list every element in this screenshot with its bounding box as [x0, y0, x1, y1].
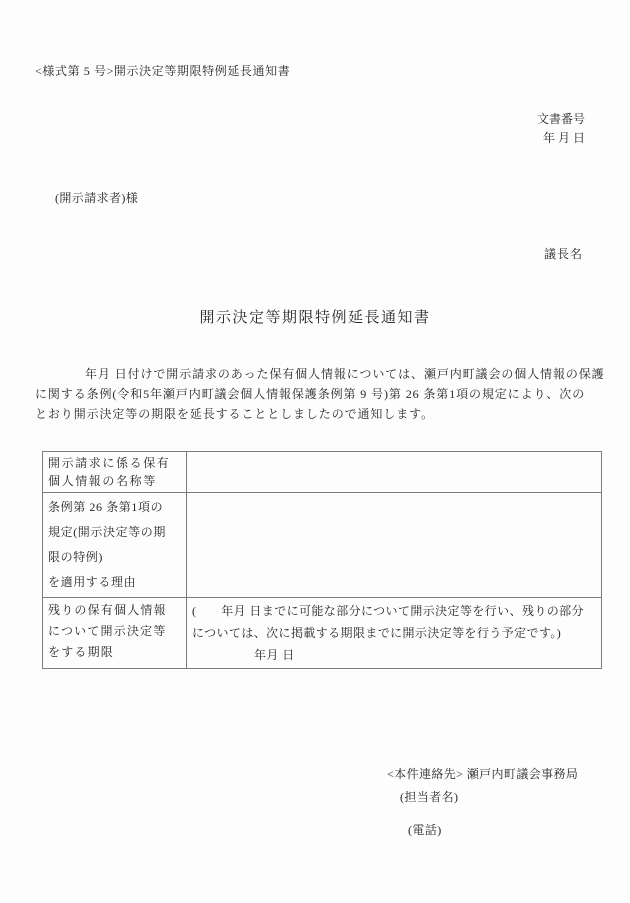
- row-value-line: については、次に掲載する期限までに開示決定等を行う予定です。): [192, 622, 596, 644]
- row-header-line: 残りの保有個人情報: [48, 600, 181, 621]
- row-header-line: 個人情報の名称等: [48, 472, 181, 490]
- row-header-line: 規定(開示決定等の期: [48, 520, 181, 545]
- row-header-cell: 残りの保有個人情報 について開示決定等 をする期限: [43, 598, 187, 669]
- body-line: 年月 日付けで開示請求のあった保有個人情報については、瀬戸内町議会の個人情報の保…: [35, 364, 600, 384]
- document-meta: 文書番号 年 月 日: [537, 110, 585, 148]
- document-date: 年 月 日: [537, 129, 585, 148]
- body-line: に関する条例(令和5年瀬戸内町議会個人情報保護条例第 9 号)第 26 条第1項…: [35, 384, 600, 404]
- body-line: とおり開示決定等の期限を延長することとしましたので通知します。: [35, 404, 600, 424]
- row-value-cell: [187, 493, 602, 598]
- signer-name: 議長名: [544, 245, 583, 262]
- row-header-line: をする期限: [48, 642, 181, 663]
- row-header-line: 開示請求に係る保有: [48, 454, 181, 472]
- row-header-line: について開示決定等: [48, 621, 181, 642]
- row-header-cell: 開示請求に係る保有 個人情報の名称等: [43, 452, 187, 493]
- row-header-line: 条例第 26 条第1項の: [48, 495, 181, 520]
- page-title: 開示決定等期限特例延長通知書: [0, 306, 630, 327]
- row-header-line: を適用する理由: [48, 570, 181, 595]
- row-value-line: 年月 日: [192, 644, 596, 666]
- table-row: 残りの保有個人情報 について開示決定等 をする期限 ( 年月 日までに可能な部分…: [43, 598, 602, 669]
- row-header-cell: 条例第 26 条第1項の 規定(開示決定等の期 限の特例) を適用する理由: [43, 493, 187, 598]
- contact-office-line: <本件連絡先> 瀬戸内町議会事務局: [387, 765, 578, 782]
- row-value-cell: ( 年月 日までに可能な部分について開示決定等を行い、残りの部分 については、次…: [187, 598, 602, 669]
- form-style-label: <様式第 5 号>開示決定等期限特例延長通知書: [35, 62, 290, 79]
- contact-block: <本件連絡先> 瀬戸内町議会事務局 (担当者名) (電話): [387, 765, 578, 838]
- contact-person-line: (担当者名): [387, 788, 578, 805]
- disclosure-table: 開示請求に係る保有 個人情報の名称等 条例第 26 条第1項の 規定(開示決定等…: [42, 451, 602, 669]
- row-value-cell: [187, 452, 602, 493]
- table-row: 条例第 26 条第1項の 規定(開示決定等の期 限の特例) を適用する理由: [43, 493, 602, 598]
- body-paragraph: 年月 日付けで開示請求のあった保有個人情報については、瀬戸内町議会の個人情報の保…: [35, 364, 600, 424]
- table-row: 開示請求に係る保有 個人情報の名称等: [43, 452, 602, 493]
- document-page: <様式第 5 号>開示決定等期限特例延長通知書 文書番号 年 月 日 (開示請求…: [0, 0, 630, 903]
- contact-phone-line: (電話): [387, 821, 578, 838]
- addressee-line: (開示請求者)様: [55, 189, 138, 206]
- row-value-line: ( 年月 日までに可能な部分について開示決定等を行い、残りの部分: [192, 600, 596, 622]
- document-number-label: 文書番号: [537, 110, 585, 129]
- row-header-line: 限の特例): [48, 545, 181, 570]
